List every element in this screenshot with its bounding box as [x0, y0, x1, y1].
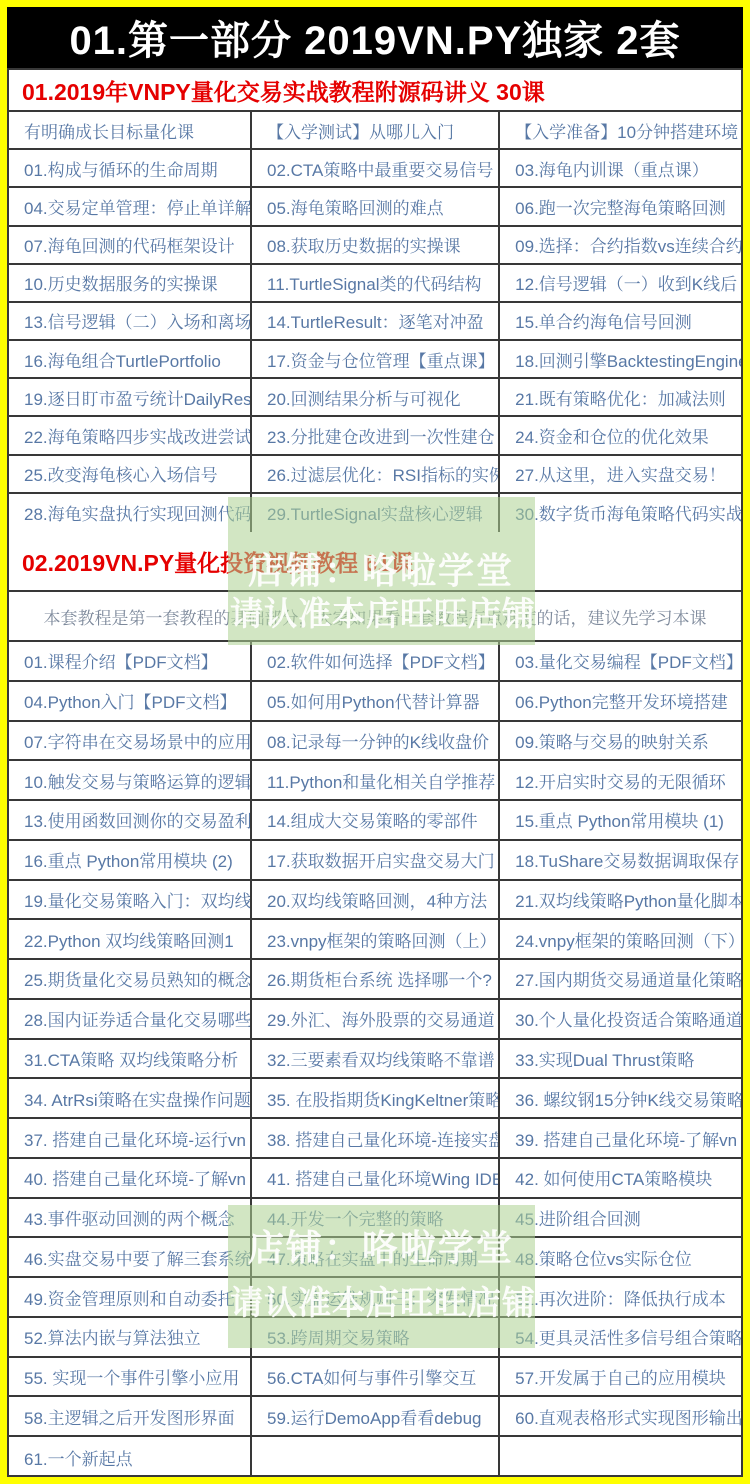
course-cell: 41. 搭建自己量化环境Wing IDE: [252, 1159, 500, 1199]
course-table: 01.2019年VNPY量化交易实战教程附源码讲义 30课 有明确成长目标量化课…: [7, 68, 743, 1477]
course-cell: 08.获取历史数据的实操课: [252, 227, 500, 265]
page-title: 01.第一部分 2019VN.PY独家 2套: [69, 9, 680, 66]
course-cell: 27.从这里，进入实盘交易！: [500, 456, 741, 494]
course-cell: 18.回测引擎BacktestingEngine: [500, 341, 741, 379]
course-cell: 26.期货柜台系统 选择哪一个?: [252, 960, 500, 1000]
course-cell: 11.TurtleSignal类的代码结构: [252, 265, 500, 303]
course-cell: 51.再次进阶：降低执行成本: [500, 1278, 741, 1318]
course-cell: 08.记录每一分钟的K线收盘价: [252, 722, 500, 762]
course-cell: 60.直观表格形式实现图形输出: [500, 1397, 741, 1437]
section1-course-grid: 有明确成长目标量化课【入学测试】从哪儿入门【入学准备】10分钟搭建环境01.构成…: [9, 112, 741, 532]
course-cell: 58.主逻辑之后开发图形界面: [9, 1397, 252, 1437]
course-cell: 23.分批建仓改进到一次性建仓: [252, 417, 500, 455]
course-cell: 02.CTA策略中最重要交易信号: [252, 150, 500, 188]
course-cell: [500, 1437, 741, 1477]
course-cell: 13.使用函数回测你的交易盈利: [9, 801, 252, 841]
course-cell: 39. 搭建自己量化环境-了解vn: [500, 1119, 741, 1159]
course-cell: 28.海龟实盘执行实现回测代码: [9, 494, 252, 532]
course-cell: 47.策略在实盘中的生命周期: [252, 1238, 500, 1278]
course-catalog-page: { "banner": { "title": "01.第一部分 2019VN.P…: [0, 0, 750, 1484]
course-cell: 05.如何用Python代替计算器: [252, 682, 500, 722]
course-cell: 27.国内期货交易通道量化策略: [500, 960, 741, 1000]
course-cell: 06.跑一次完整海龟策略回测: [500, 188, 741, 226]
course-cell: 15.重点 Python常用模块 (1): [500, 801, 741, 841]
course-cell: 05.海龟策略回测的难点: [252, 188, 500, 226]
course-cell: 10.历史数据服务的实操课: [9, 265, 252, 303]
course-cell: 61.一个新起点: [9, 1437, 252, 1477]
course-cell: 24.资金和仓位的优化效果: [500, 417, 741, 455]
course-cell: 40. 搭建自己量化环境-了解vn: [9, 1159, 252, 1199]
course-cell: 29.外汇、海外股票的交易通道: [252, 1000, 500, 1040]
course-cell: 32.三要素看双均线策略不靠谱: [252, 1040, 500, 1080]
course-cell: 14.TurtleResult：逐笔对冲盈: [252, 303, 500, 341]
course-cell: 11.Python和量化相关自学推荐: [252, 761, 500, 801]
course-cell: 04.交易定单管理：停止单详解: [9, 188, 252, 226]
course-cell: 06.Python完整开发环境搭建: [500, 682, 741, 722]
course-cell: 10.触发交易与策略运算的逻辑: [9, 761, 252, 801]
course-cell: 34. AtrRsi策略在实盘操作问题: [9, 1079, 252, 1119]
course-cell: 55. 实现一个事件引擎小应用: [9, 1358, 252, 1398]
course-cell: 46.实盘交易中要了解三套系统: [9, 1238, 252, 1278]
course-cell: 03.海龟内训课（重点课）: [500, 150, 741, 188]
course-cell: 18.TuShare交易数据调取保存: [500, 841, 741, 881]
course-cell: 13.信号逻辑（二）入场和离场: [9, 303, 252, 341]
course-cell: [252, 1437, 500, 1477]
course-cell: 14.组成大交易策略的零部件: [252, 801, 500, 841]
course-cell: 54.更具灵活性多信号组合策略: [500, 1318, 741, 1358]
page-title-banner: 01.第一部分 2019VN.PY独家 2套: [7, 7, 743, 68]
course-cell: 22.Python 双均线策略回测1: [9, 920, 252, 960]
course-cell: 12.信号逻辑（一）收到K线后: [500, 265, 741, 303]
course-cell: 25.期货量化交易员熟知的概念: [9, 960, 252, 1000]
course-cell: 21.双均线策略Python量化脚本: [500, 881, 741, 921]
course-cell: 43.事件驱动回测的两个概念: [9, 1199, 252, 1239]
course-cell: 56.CTA如何与事件引擎交互: [252, 1358, 500, 1398]
course-cell: 07.字符串在交易场景中的应用: [9, 722, 252, 762]
course-cell: 48.策略仓位vs实际仓位: [500, 1238, 741, 1278]
course-cell: 23.vnpy框架的策略回测（上）: [252, 920, 500, 960]
course-cell: 33.实现Dual Thrust策略: [500, 1040, 741, 1080]
course-cell: 01.构成与循环的生命周期: [9, 150, 252, 188]
course-cell: 【入学准备】10分钟搭建环境: [500, 112, 741, 150]
section2-course-grid: 01.课程介绍【PDF文档】02.软件如何选择【PDF文档】03.量化交易编程【…: [9, 642, 741, 1477]
course-cell: 50.实盘运维规则三：突发情况: [252, 1278, 500, 1318]
course-cell: 26.过滤层优化：RSI指标的实例: [252, 456, 500, 494]
course-cell: 53.跨周期交易策略: [252, 1318, 500, 1358]
course-cell: 37. 搭建自己量化环境-运行vn: [9, 1119, 252, 1159]
course-cell: 01.课程介绍【PDF文档】: [9, 642, 252, 682]
course-cell: 04.Python入门【PDF文档】: [9, 682, 252, 722]
course-cell: 52.算法内嵌与算法独立: [9, 1318, 252, 1358]
course-cell: 59.运行DemoApp看看debug: [252, 1397, 500, 1437]
course-cell: 35. 在股指期货KingKeltner策略: [252, 1079, 500, 1119]
course-cell: 24.vnpy框架的策略回测（下）: [500, 920, 741, 960]
section2-heading-text: 02.2019VN.PY量化投资视频教程 61课: [22, 545, 413, 578]
section2-heading: 02.2019VN.PY量化投资视频教程 61课: [9, 532, 741, 592]
course-cell: 21.既有策略优化：加减法则: [500, 379, 741, 417]
course-cell: 17.获取数据开启实盘交易大门: [252, 841, 500, 881]
course-cell: 25.改变海龟核心入场信号: [9, 456, 252, 494]
course-cell: 15.单合约海龟信号回测: [500, 303, 741, 341]
course-cell: 31.CTA策略 双均线策略分析: [9, 1040, 252, 1080]
course-cell: 17.资金与仓位管理【重点课】: [252, 341, 500, 379]
page-frame: 01.第一部分 2019VN.PY独家 2套 01.2019年VNPY量化交易实…: [7, 7, 743, 1477]
course-cell: 38. 搭建自己量化环境-连接实盘: [252, 1119, 500, 1159]
course-cell: 07.海龟回测的代码框架设计: [9, 227, 252, 265]
course-cell: 44.开发一个完整的策略: [252, 1199, 500, 1239]
section1-heading: 01.2019年VNPY量化交易实战教程附源码讲义 30课: [9, 70, 741, 112]
course-cell: 19.逐日盯市盈亏统计DailyResu: [9, 379, 252, 417]
course-cell: 20.回测结果分析与可视化: [252, 379, 500, 417]
course-cell: 28.国内证券适合量化交易哪些: [9, 1000, 252, 1040]
course-cell: 02.软件如何选择【PDF文档】: [252, 642, 500, 682]
course-cell: 09.策略与交易的映射关系: [500, 722, 741, 762]
course-cell: 49.资金管理原则和自动委托: [9, 1278, 252, 1318]
course-cell: 20.双均线策略回测，4种方法: [252, 881, 500, 921]
course-cell: 03.量化交易编程【PDF文档】: [500, 642, 741, 682]
course-cell: 16.重点 Python常用模块 (2): [9, 841, 252, 881]
course-cell: 30.个人量化投资适合策略通道: [500, 1000, 741, 1040]
course-cell: 22.海龟策略四步实战改进尝试: [9, 417, 252, 455]
course-cell: 09.选择：合约指数vs连续合约: [500, 227, 741, 265]
course-cell: 12.开启实时交易的无限循环: [500, 761, 741, 801]
course-cell: 19.量化交易策略入门：双均线: [9, 881, 252, 921]
course-cell: 29.TurtleSignal实盘核心逻辑: [252, 494, 500, 532]
course-cell: 16.海龟组合TurtlePortfolio: [9, 341, 252, 379]
course-cell: 30.数字货币海龟策略代码实战: [500, 494, 741, 532]
course-cell: 57.开发属于自己的应用模块: [500, 1358, 741, 1398]
course-cell: 【入学测试】从哪儿入门: [252, 112, 500, 150]
course-cell: 有明确成长目标量化课: [9, 112, 252, 150]
course-cell: 36. 螺纹钢15分钟K线交易策略: [500, 1079, 741, 1119]
section2-note-row: 本套教程是第一套教程的基础部分，大家如果看一套教程有点难度的话，建议先学习本课: [9, 592, 741, 642]
section1-heading-text: 01.2019年VNPY量化交易实战教程附源码讲义 30课: [22, 74, 545, 107]
course-cell: 45.进阶组合回测: [500, 1199, 741, 1239]
course-cell: 42. 如何使用CTA策略模块: [500, 1159, 741, 1199]
section2-note-text: 本套教程是第一套教程的基础部分，大家如果看一套教程有点难度的话，建议先学习本课: [44, 604, 707, 629]
